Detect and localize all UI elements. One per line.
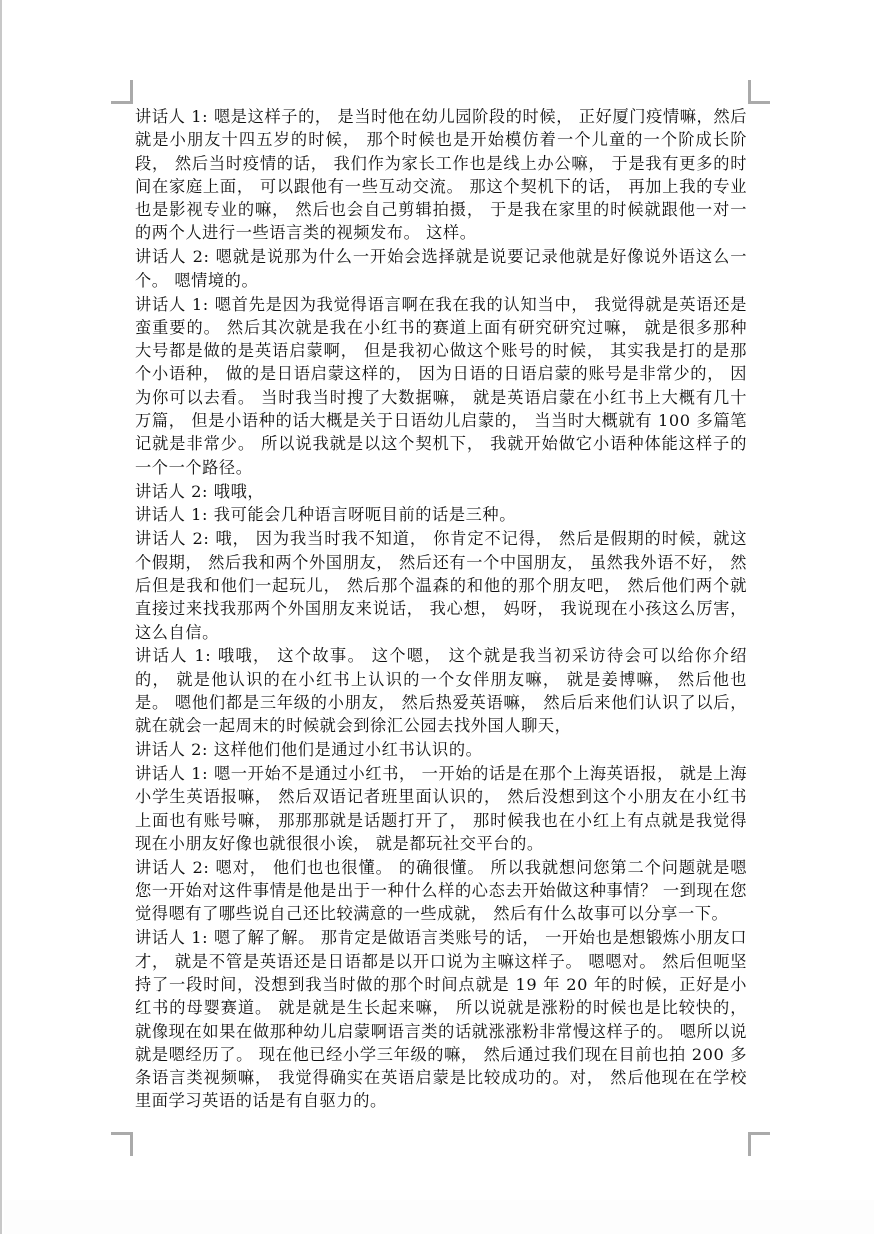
- transcript-paragraph[interactable]: 讲话人 1: 我可能会几种语言呀呃目前的话是三种。: [135, 503, 747, 526]
- page-bottom-margin: [4, 1200, 874, 1234]
- speech-text: 我可能会几种语言呀呃目前的话是三种。: [208, 505, 516, 524]
- transcript-paragraph[interactable]: 讲话人 1: 嗯是这样子的， 是当时他在幼儿园阶段的时候， 正好厦门疫情嘛，然后…: [135, 105, 747, 245]
- transcript-paragraph[interactable]: 讲话人 2: 哦， 因为我当时我不知道， 你肯定不记得， 然后是假期的时候，就这…: [135, 527, 747, 643]
- speaker-label: 讲话人 1:: [135, 295, 209, 314]
- speech-text: 嗯一开始不是通过小红书， 一开始的话是在那个上海英语报， 就是上海小学生英语报嘛…: [135, 764, 747, 853]
- transcript-paragraph[interactable]: 讲话人 1: 嗯首先是因为我觉得语言啊在我在我的认知当中， 我觉得就是英语还是蛮…: [135, 293, 747, 479]
- document-page: 讲话人 1: 嗯是这样子的， 是当时他在幼儿园阶段的时候， 正好厦门疫情嘛，然后…: [0, 0, 874, 1234]
- transcript-paragraph[interactable]: 讲话人 2: 嗯对， 他们也也很懂。 的确很懂。 所以我就想问您第二个问题就是嗯…: [135, 856, 747, 926]
- transcript-paragraph[interactable]: 讲话人 2: 这样他们他们是通过小红书认识的。: [135, 738, 747, 761]
- speaker-label: 讲话人 2:: [135, 482, 208, 501]
- speech-text: 哦， 因为我当时我不知道， 你肯定不记得， 然后是假期的时候，就这个假期， 然后…: [135, 529, 747, 641]
- transcript-paragraph[interactable]: 讲话人 2: 哦哦，: [135, 480, 747, 503]
- speaker-label: 讲话人 2:: [135, 529, 209, 548]
- speech-text: 哦哦，: [208, 482, 264, 501]
- speaker-label: 讲话人 2:: [135, 247, 210, 266]
- speech-text: 嗯首先是因为我觉得语言啊在我在我的认知当中， 我觉得就是英语还是蛮重要的。 然后…: [135, 295, 747, 477]
- speaker-label: 讲话人 1:: [135, 646, 211, 665]
- speaker-label: 讲话人 1:: [135, 764, 208, 783]
- transcript-paragraph[interactable]: 讲话人 1: 嗯一开始不是通过小红书， 一开始的话是在那个上海英语报， 就是上海…: [135, 762, 747, 855]
- crop-mark-top-left-icon: [111, 80, 133, 104]
- speech-text: 嗯对， 他们也也很懂。 的确很懂。 所以我就想问您第二个问题就是嗯您一开始对这件…: [135, 858, 747, 924]
- transcript-paragraph[interactable]: 讲话人 2: 嗯就是说那为什么一开始会选择就是说要记录他就是好像说外语这么一个。…: [135, 245, 747, 292]
- speech-text: 嗯了解了解。 那肯定是做语言类账号的话， 一开始也是想锻炼小朋友口才， 就是不管…: [135, 928, 747, 1110]
- transcript-paragraph[interactable]: 讲话人 1: 哦哦， 这个故事。 这个嗯， 这个就是我当初采访待会可以给你介绍的…: [135, 644, 747, 737]
- speech-text: 这样他们他们是通过小红书认识的。: [208, 740, 482, 759]
- speaker-label: 讲话人 1:: [135, 928, 208, 947]
- crop-mark-bottom-left-icon: [111, 1132, 133, 1156]
- speaker-label: 讲话人 1:: [135, 505, 208, 524]
- transcript-paragraph[interactable]: 讲话人 1: 嗯了解了解。 那肯定是做语言类账号的话， 一开始也是想锻炼小朋友口…: [135, 926, 747, 1112]
- crop-mark-top-right-icon: [748, 80, 770, 104]
- crop-mark-bottom-right-icon: [748, 1132, 770, 1156]
- speaker-label: 讲话人 2:: [135, 740, 208, 759]
- document-body[interactable]: 讲话人 1: 嗯是这样子的， 是当时他在幼儿园阶段的时候， 正好厦门疫情嘛，然后…: [135, 105, 747, 1113]
- speaker-label: 讲话人 1:: [135, 107, 208, 126]
- speech-text: 嗯就是说那为什么一开始会选择就是说要记录他就是好像说外语这么一个。 嗯情境的。: [135, 247, 747, 289]
- speaker-label: 讲话人 2:: [135, 858, 209, 877]
- speech-text: 哦哦， 这个故事。 这个嗯， 这个就是我当初采访待会可以给你介绍的， 就是他认识…: [135, 646, 747, 735]
- speech-text: 嗯是这样子的， 是当时他在幼儿园阶段的时候， 正好厦门疫情嘛，然后就是小朋友十四…: [135, 107, 747, 242]
